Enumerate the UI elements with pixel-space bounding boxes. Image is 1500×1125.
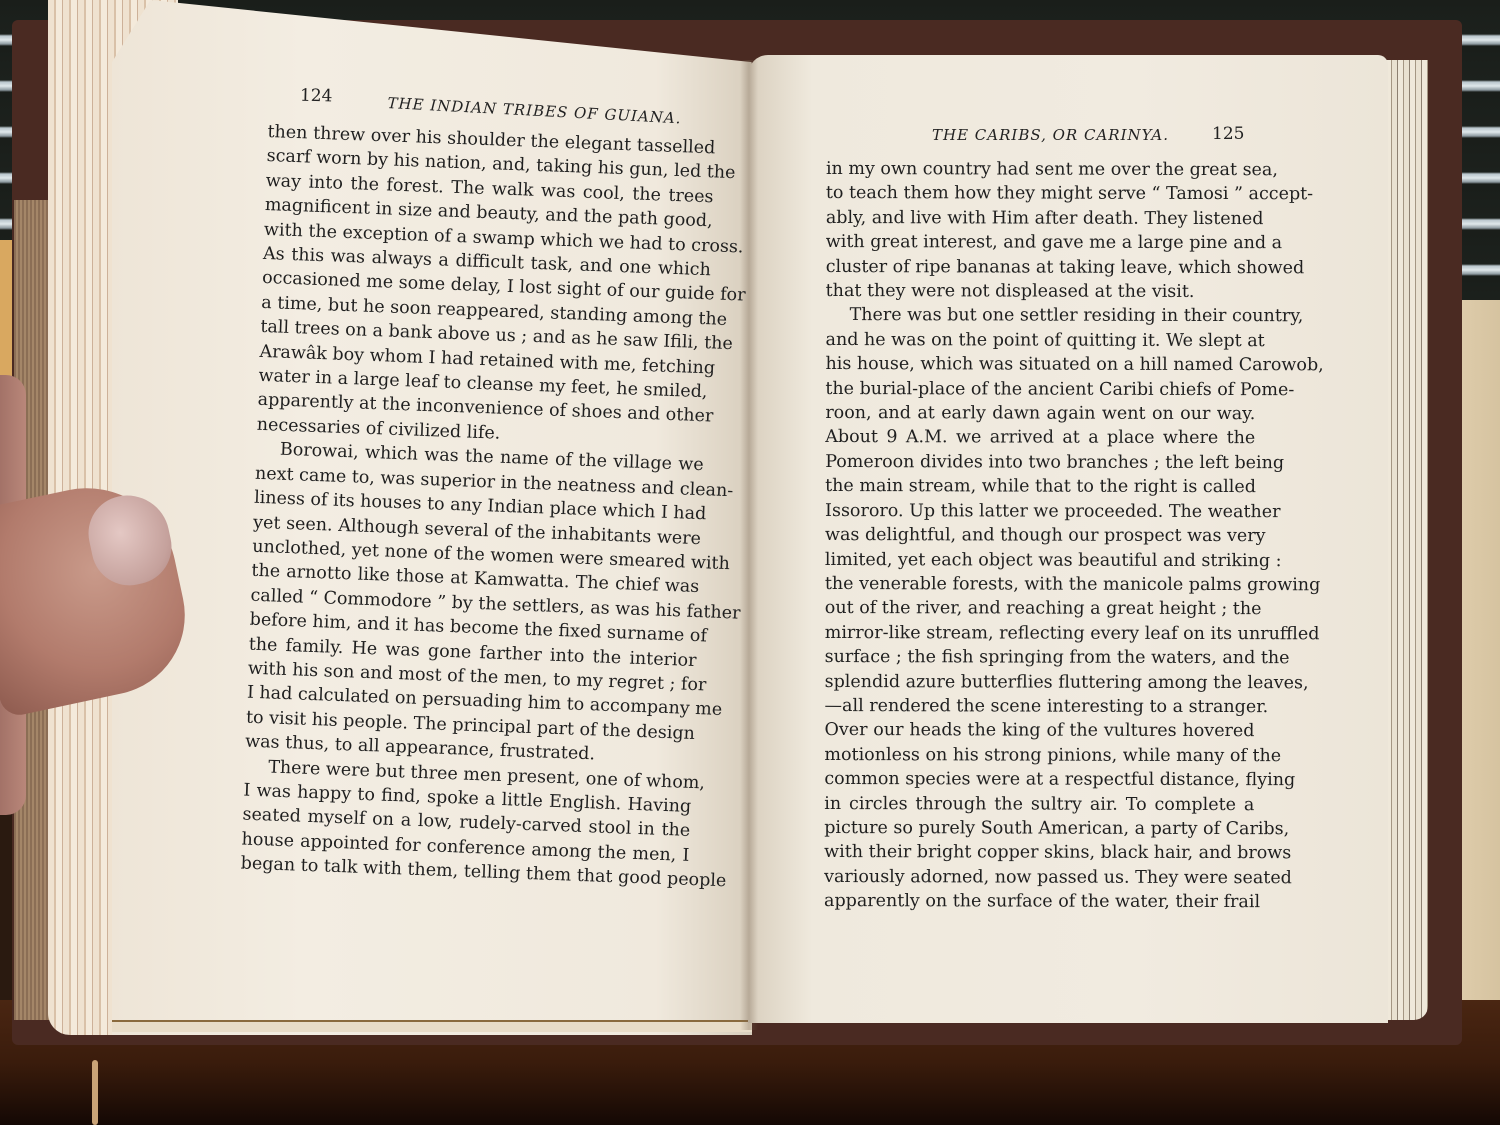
text-line: in circles through the sultry air. To co…	[824, 792, 1254, 818]
text-line: There was but one settler residing in th…	[826, 303, 1256, 329]
text-line: his house, which was situated on a hill …	[825, 352, 1255, 378]
right-running-head: THE CARIBS, OR CARINYA.	[932, 126, 1169, 144]
text-line: ably, and live with Him after death. The…	[826, 206, 1256, 232]
text-line: variously adorned, now passed us. They w…	[824, 865, 1254, 891]
text-line: surface ; the fish springing from the wa…	[825, 645, 1255, 671]
book-gutter	[740, 60, 758, 1030]
text-line: was delightful, and though our prospect …	[825, 523, 1255, 549]
text-line: roon, and at early dawn again went on ou…	[825, 401, 1255, 427]
text-line: with their bright copper skins, black ha…	[824, 840, 1254, 866]
text-line: splendid azure butterflies fluttering am…	[825, 670, 1255, 696]
text-line: that they were not displeased at the vis…	[826, 279, 1256, 305]
left-page-text: then threw over his shoulder the elegant…	[240, 120, 715, 893]
text-line: the venerable forests, with the manicole…	[825, 572, 1255, 598]
left-page-deckle-edge	[112, 1020, 752, 1032]
text-line: the main stream, while that to the right…	[825, 474, 1255, 500]
text-line: limited, yet each object was beautiful a…	[825, 547, 1255, 573]
text-line: About 9 A.M. we arrived at a place where…	[825, 425, 1255, 451]
text-line: cluster of ripe bananas at taking leave,…	[826, 255, 1256, 281]
text-line: Issororo. Up this latter we proceeded. T…	[825, 499, 1255, 525]
text-line: common species were at a respectful dist…	[824, 767, 1254, 793]
text-line: —all rendered the scene interesting to a…	[825, 694, 1255, 720]
text-line: Pomeroon divides into two branches ; the…	[825, 450, 1255, 476]
right-running-head-title: THE CARIBS, OR CARINYA.	[932, 126, 1169, 144]
text-line: motionless on his strong pinions, while …	[824, 743, 1254, 769]
text-line: in my own country had sent me over the g…	[826, 157, 1256, 183]
left-page-number: 124	[300, 86, 333, 107]
text-line: and he was on the point of quitting it. …	[825, 328, 1255, 354]
text-line: the burial-place of the ancient Caribi c…	[825, 377, 1255, 403]
cord	[92, 1060, 98, 1125]
text-line: to teach them how they might serve “ Tam…	[826, 181, 1256, 207]
text-line: Over our heads the king of the vultures …	[824, 718, 1254, 744]
text-line: out of the river, and reaching a great h…	[825, 596, 1255, 622]
text-line: mirror-like stream, reflecting every lea…	[825, 621, 1255, 647]
text-line: with great interest, and gave me a large…	[826, 230, 1256, 256]
text-line: picture so purely South American, a part…	[824, 816, 1254, 842]
right-page-text: in my own country had sent me over the g…	[824, 157, 1256, 915]
text-line: apparently on the surface of the water, …	[824, 889, 1254, 915]
right-page-number: 125	[1212, 124, 1244, 144]
